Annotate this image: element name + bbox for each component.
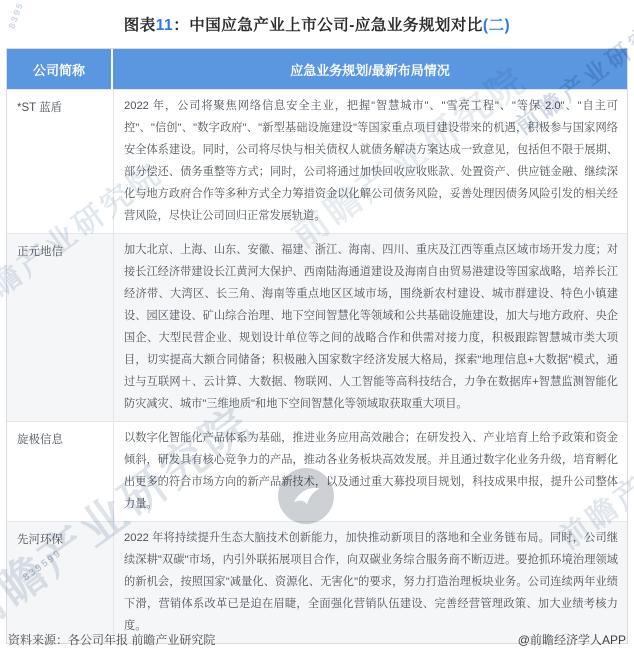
plan-text: 以数字化智能化产品体系为基础，推进业务应用高效融合；在研发投入、产业培育上给予政…: [113, 422, 627, 521]
comparison-table: 公司简称 应急业务规划/最新布局情况 *ST 蓝盾 2022 年，公司将聚焦网络…: [6, 48, 628, 644]
plan-text: 2022 年，公司将聚焦网络信息安全主业，把握"智慧城市"、"雪亮工程"、"等保…: [113, 90, 627, 233]
title-suffix: (二): [483, 17, 510, 34]
company-name: 旋极信息: [7, 422, 113, 521]
title-prefix: 图表: [124, 17, 156, 34]
title-main: 中国应急产业上市公司-应急业务规划对比: [189, 17, 483, 34]
plan-text: 加大北京、上海、山东、安徽、福建、浙江、海南、四川、重庆及江西等重点区域市场开发…: [113, 234, 627, 421]
footer: 资料来源：各公司年报 前瞻产业研究院 @前瞻经济学人APP: [8, 631, 626, 648]
header-company: 公司简称: [7, 49, 113, 89]
credit-note: @前瞻经济学人APP: [518, 631, 626, 648]
table-row: 正元地信 加大北京、上海、山东、安徽、福建、浙江、海南、四川、重庆及江西等重点区…: [7, 233, 627, 421]
table-row: 旋极信息 以数字化智能化产品体系为基础，推进业务应用高效融合；在研发投入、产业培…: [7, 421, 627, 521]
plan-text: 2022 年将持续提升生态大脑技术创新能力，加快推动新项目的落地和全业务链布局。…: [113, 522, 627, 643]
company-name: 先河环保: [7, 522, 113, 643]
page-title: 图表11：中国应急产业上市公司-应急业务规划对比(二): [0, 13, 634, 35]
title-colon: ：: [173, 17, 189, 34]
report-page: 图表11：中国应急产业上市公司-应急业务规划对比(二) 公司简称 应急业务规划/…: [0, 0, 634, 660]
header-plan: 应急业务规划/最新布局情况: [113, 49, 627, 89]
title-number: 11: [156, 17, 173, 34]
company-name: 正元地信: [7, 234, 113, 421]
company-name: *ST 蓝盾: [7, 90, 113, 233]
table-row: 先河环保 2022 年将持续提升生态大脑技术创新能力，加快推动新项目的落地和全业…: [7, 521, 627, 643]
source-note: 资料来源：各公司年报 前瞻产业研究院: [8, 631, 215, 648]
table-row: *ST 蓝盾 2022 年，公司将聚焦网络信息安全主业，把握"智慧城市"、"雪亮…: [7, 89, 627, 233]
table-header-row: 公司简称 应急业务规划/最新布局情况: [7, 49, 627, 89]
